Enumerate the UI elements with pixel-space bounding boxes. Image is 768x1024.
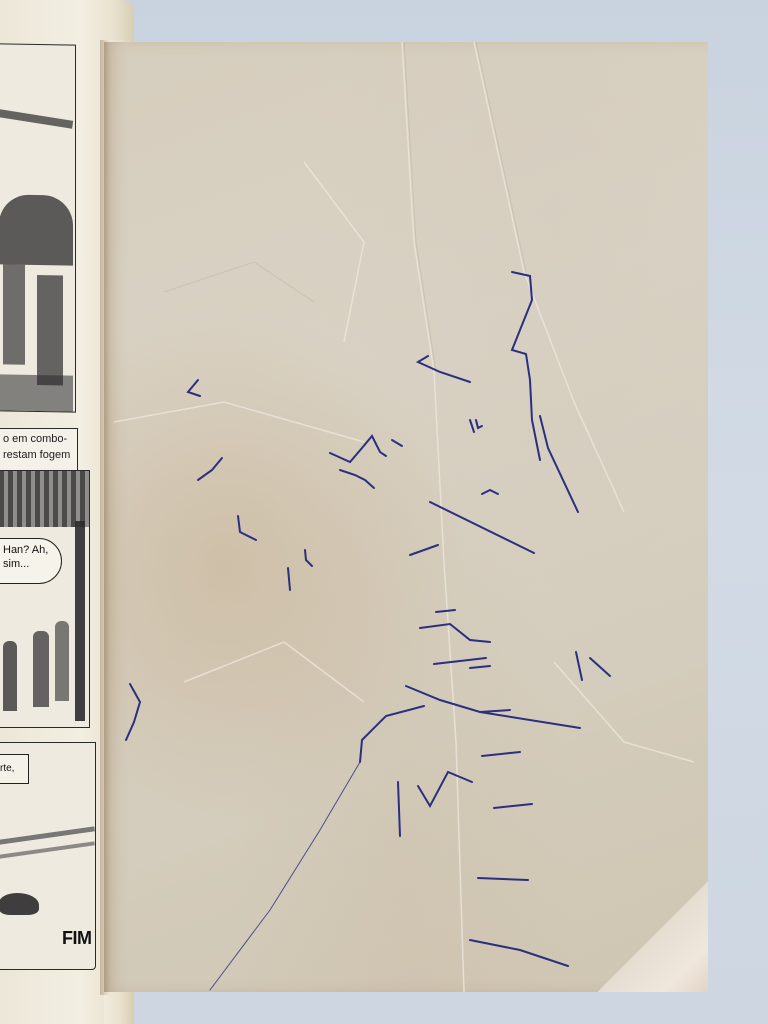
pen-scribbles [0,0,768,1024]
